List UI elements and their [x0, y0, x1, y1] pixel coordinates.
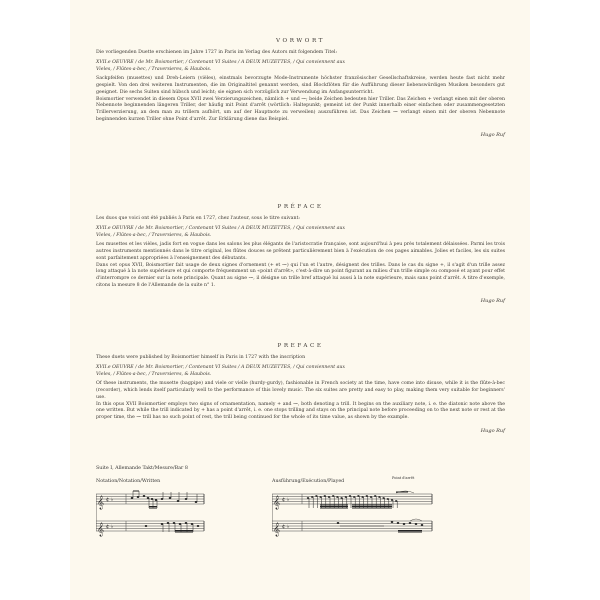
svg-text:𝄞: 𝄞: [273, 522, 280, 536]
vorwort-title-line2: Vieles, / Flûtes-a-bec, / Traversieres, …: [96, 67, 505, 74]
example-caption: Suite I, Allemande Takt/Mesure/Bar 8: [96, 466, 188, 471]
vorwort-intro: Die vorliegenden Duette erschienen im Ja…: [96, 50, 505, 57]
preface-fr-title-line1: XVII.e OEUVRE / de Mr. Boismortier, / Co…: [96, 226, 505, 233]
preface-en-title-line1: XVII.e OEUVRE / de Mr. Boismortier, / Co…: [96, 365, 505, 372]
preface-en-section: PREFACE These duets were published by Bo…: [96, 343, 505, 434]
svg-text:𝄞: 𝄞: [97, 495, 104, 509]
vorwort-signature: Hugo Ruf: [96, 132, 505, 138]
played-score: 𝄞𝄞 ¢ ♭¢ ♭: [272, 490, 442, 550]
written-score: 𝄞𝄞 ¢ ♭¢ ♭: [96, 490, 256, 550]
svg-text:¢ ♭: ¢ ♭: [106, 524, 113, 530]
played-label: Ausführung/Exécution/Played: [272, 479, 344, 484]
preface-en-paragraph-2: In this opus XVII Boismortier employs tw…: [96, 402, 505, 422]
preface-en-intro: These duets were published by Boismortie…: [96, 355, 505, 362]
svg-text:𝄞: 𝄞: [97, 522, 104, 536]
svg-text:¢ ♭: ¢ ♭: [106, 497, 113, 503]
vorwort-title-line1: XVII.e OEUVRE / de Mr. Boismortier, / Co…: [96, 60, 505, 67]
preface-fr-intro: Les duos que voici ont été publiés à Par…: [96, 216, 505, 223]
svg-text:𝄞: 𝄞: [273, 495, 280, 509]
vorwort-paragraph-2: Boismortier verwendet in diesem Opus XVI…: [96, 97, 505, 124]
preface-fr-signature: Hugo Ruf: [96, 298, 505, 304]
written-label: Notation/Notation/Written: [96, 479, 160, 484]
preface-fr-paragraph-1: Les musettes et les vièles, jadis fort e…: [96, 242, 505, 262]
preface-fr-paragraph-2: Dans cet opus XVII, Boismortier fait usa…: [96, 263, 505, 290]
svg-text:¢ ♭: ¢ ♭: [282, 497, 289, 503]
preface-fr-title-line2: Vieles, / Flûtes-a-bec, / Traversieres, …: [96, 233, 505, 240]
vorwort-section: VORWORT Die vorliegenden Duette erschien…: [96, 38, 505, 138]
point-darret-label: Point d'arrêt: [392, 476, 414, 480]
preface-en-signature: Hugo Ruf: [96, 428, 505, 434]
document-page: VORWORT Die vorliegenden Duette erschien…: [70, 0, 530, 600]
preface-en-title-line2: Vieles, / Flûtes-a-bec, / Traversieres, …: [96, 372, 505, 379]
svg-text:¢ ♭: ¢ ♭: [282, 524, 289, 530]
preface-en-paragraph-1: Of these instruments, the musette (bagpi…: [96, 381, 505, 401]
preface-fr-section: PRÉFACE Les duos que voici ont été publi…: [96, 204, 505, 304]
vorwort-paragraph-1: Sackpfeifen (musettes) und Dreh-Leiern (…: [96, 76, 505, 96]
